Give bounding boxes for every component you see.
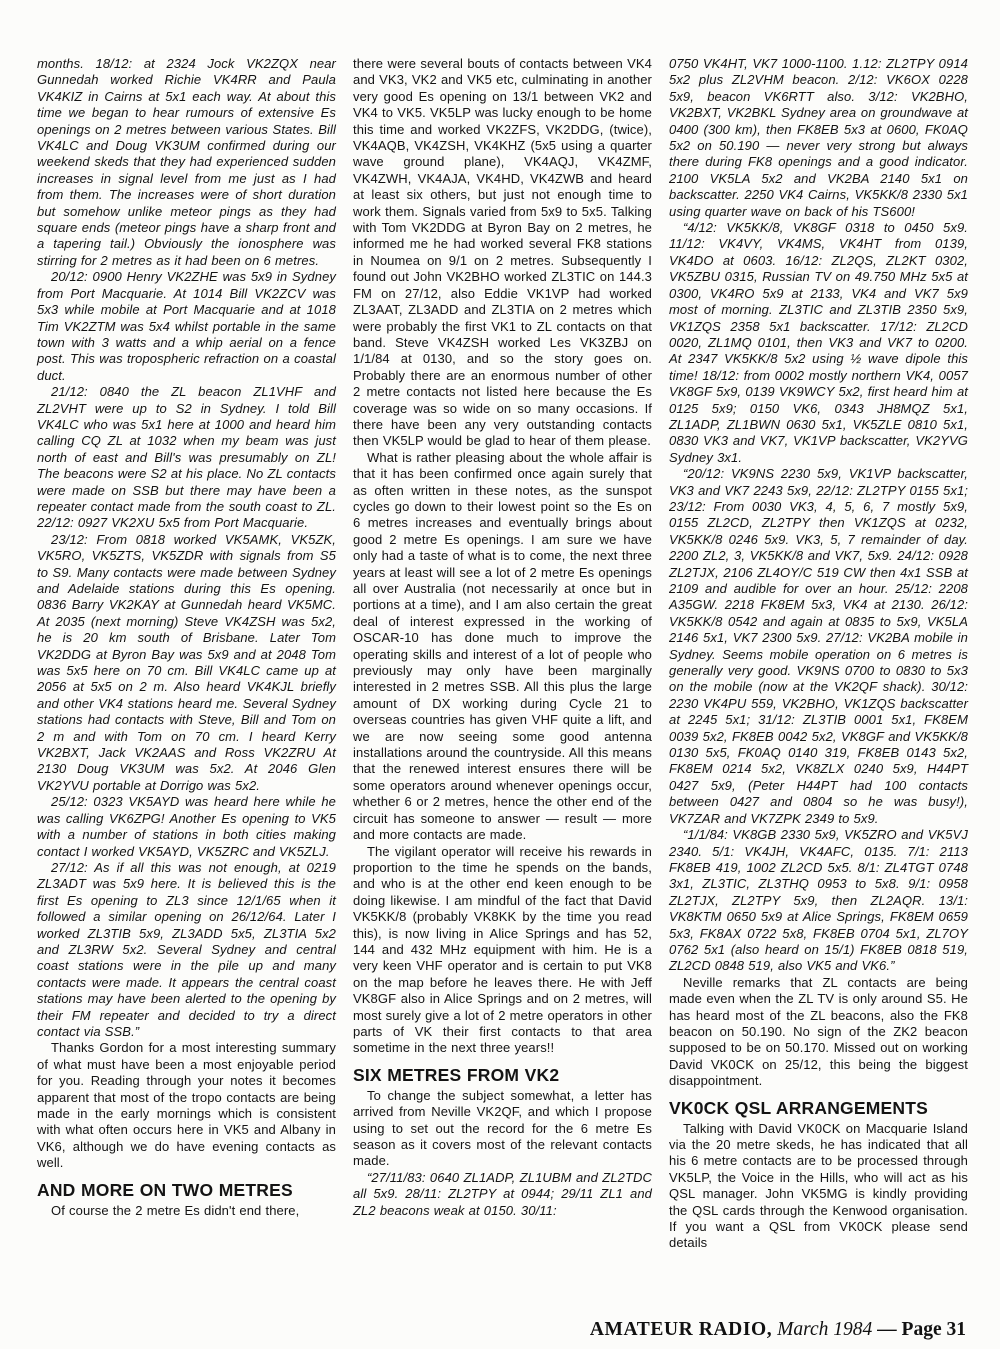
paragraph: 23/12: From 0818 worked VK5AMK, VK5ZK, V… <box>37 532 336 795</box>
footer-page-number: — Page 31 <box>877 1319 966 1340</box>
paragraph: The vigilant operator will receive his r… <box>353 844 652 1057</box>
paragraph: “1/1/84: VK8GB 2330 5x9, VK5ZRO and VK5V… <box>669 827 968 975</box>
paragraph: 25/12: 0323 VK5AYD was heard here while … <box>37 794 336 860</box>
paragraph: To change the subject somewhat, a letter… <box>353 1088 652 1170</box>
column-1: months. 18/12: at 2324 Jock VK2ZQX near … <box>37 56 336 1252</box>
column-2: there were several bouts of contacts bet… <box>353 56 652 1252</box>
section-heading-and-more-on-two-metres: AND MORE ON TWO METRES <box>37 1180 336 1200</box>
section-heading-six-metres-from-vk2: SIX METRES FROM VK2 <box>353 1065 652 1085</box>
paragraph: Neville remarks that ZL contacts are bei… <box>669 975 968 1090</box>
magazine-page: months. 18/12: at 2324 Jock VK2ZQX near … <box>0 0 1000 1349</box>
paragraph: Of course the 2 metre Es didn't end ther… <box>37 1203 336 1219</box>
section-heading-vk0ck-qsl-arrangements: VK0CK QSL ARRANGEMENTS <box>669 1098 968 1118</box>
paragraph: Talking with David VK0CK on Macquarie Is… <box>669 1121 968 1252</box>
paragraph-continuation: there were several bouts of contacts bet… <box>353 56 652 450</box>
paragraph: 21/12: 0840 the ZL beacon ZL1VHF and ZL2… <box>37 384 336 532</box>
paragraph: Thanks Gordon for a most interesting sum… <box>37 1040 336 1171</box>
text-columns: months. 18/12: at 2324 Jock VK2ZQX near … <box>37 56 970 1252</box>
footer-magazine-title: AMATEUR RADIO, <box>590 1319 772 1340</box>
paragraph: 20/12: 0900 Henry VK2ZHE was 5x9 in Sydn… <box>37 269 336 384</box>
page-footer: AMATEUR RADIO, March 1984 — Page 31 <box>590 1319 966 1341</box>
column-3: 0750 VK4HT, VK7 1000-1100. 1.12: ZL2TPY … <box>669 56 968 1252</box>
paragraph: “27/11/83: 0640 ZL1ADP, ZL1UBM and ZL2TD… <box>353 1170 652 1219</box>
footer-issue-date: March 1984 <box>772 1319 877 1340</box>
paragraph: 27/12: As if all this was not enough, at… <box>37 860 336 1040</box>
paragraph: What is rather pleasing about the whole … <box>353 450 652 844</box>
paragraph: “20/12: VK9NS 2230 5x9, VK1VP backscatte… <box>669 466 968 827</box>
paragraph-continuation: months. 18/12: at 2324 Jock VK2ZQX near … <box>37 56 336 269</box>
paragraph-continuation: 0750 VK4HT, VK7 1000-1100. 1.12: ZL2TPY … <box>669 56 968 220</box>
paragraph: “4/12: VK5KK/8, VK8GF 0318 to 0450 5x9. … <box>669 220 968 466</box>
